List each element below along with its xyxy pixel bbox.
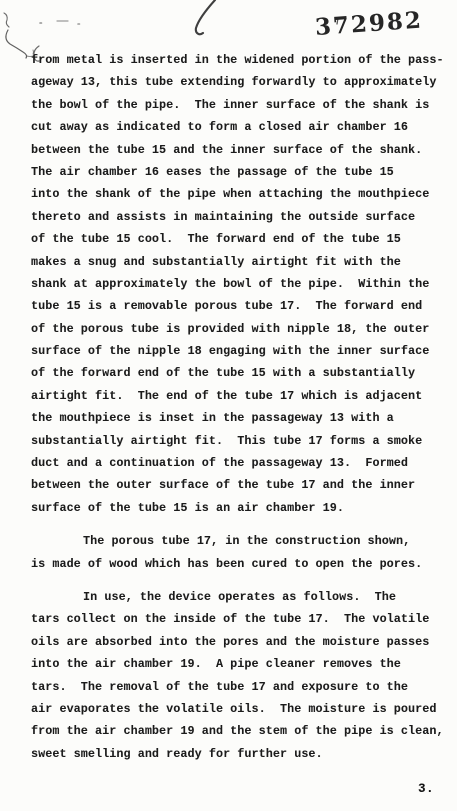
handwritten-docket-number: 372982 xyxy=(314,7,424,41)
text-line: The air chamber 16 eases the passage of … xyxy=(31,161,446,183)
text-line: the bowl of the pipe. The inner surface … xyxy=(31,94,446,116)
text-line: of the tube 15 cool. The forward end of … xyxy=(31,228,446,250)
text-line: of the porous tube is provided with nipp… xyxy=(31,318,446,340)
text-line: into the shank of the pipe when attachin… xyxy=(31,183,446,205)
paragraph-1: from metal is inserted in the widened po… xyxy=(31,49,446,519)
text-line: ageway 13, this tube extending forwardly… xyxy=(31,71,446,93)
text-line: between the outer surface of the tube 17… xyxy=(31,474,446,496)
text-line: surface of the tube 15 is an air chamber… xyxy=(31,497,446,519)
text-line: tars. The removal of the tube 17 and exp… xyxy=(31,676,446,698)
paragraph-3: In use, the device operates as follows. … xyxy=(31,586,446,765)
text-line: The porous tube 17, in the construction … xyxy=(31,530,446,552)
text-line: duct and a continuation of the passagewa… xyxy=(31,452,446,474)
text-line: from metal is inserted in the widened po… xyxy=(31,49,446,71)
text-line: shank at approximately the bowl of the p… xyxy=(31,273,446,295)
text-line: thereto and assists in maintaining the o… xyxy=(31,206,446,228)
text-line: cut away as indicated to form a closed a… xyxy=(31,116,446,138)
text-line: oils are absorbed into the pores and the… xyxy=(31,631,446,653)
text-line: tars collect on the inside of the tube 1… xyxy=(31,608,446,630)
text-line: makes a snug and substantially airtight … xyxy=(31,251,446,273)
paragraph-2: The porous tube 17, in the construction … xyxy=(31,530,446,575)
text-line: sweet smelling and ready for further use… xyxy=(31,743,446,765)
text-line: is made of wood which has been cured to … xyxy=(31,553,446,575)
scanned-document-page: 372982 from metal is inserted in the wid… xyxy=(0,0,457,811)
text-line: In use, the device operates as follows. … xyxy=(31,586,446,608)
text-line: from the air chamber 19 and the stem of … xyxy=(31,720,446,742)
text-line: air evaporates the volatile oils. The mo… xyxy=(31,698,446,720)
text-line: into the air chamber 19. A pipe cleaner … xyxy=(31,653,446,675)
text-line: tube 15 is a removable porous tube 17. T… xyxy=(31,295,446,317)
text-line: substantially airtight fit. This tube 17… xyxy=(31,430,446,452)
page-number: 3. xyxy=(418,782,434,796)
text-line: between the tube 15 and the inner surfac… xyxy=(31,139,446,161)
text-line: surface of the nipple 18 engaging with t… xyxy=(31,340,446,362)
text-line: the mouthpiece is inset in the passagewa… xyxy=(31,407,446,429)
text-line: airtight fit. The end of the tube 17 whi… xyxy=(31,385,446,407)
pen-curve-icon xyxy=(196,0,215,34)
text-line: of the forward end of the tube 15 with a… xyxy=(31,362,446,384)
body-text: from metal is inserted in the widened po… xyxy=(31,49,446,765)
